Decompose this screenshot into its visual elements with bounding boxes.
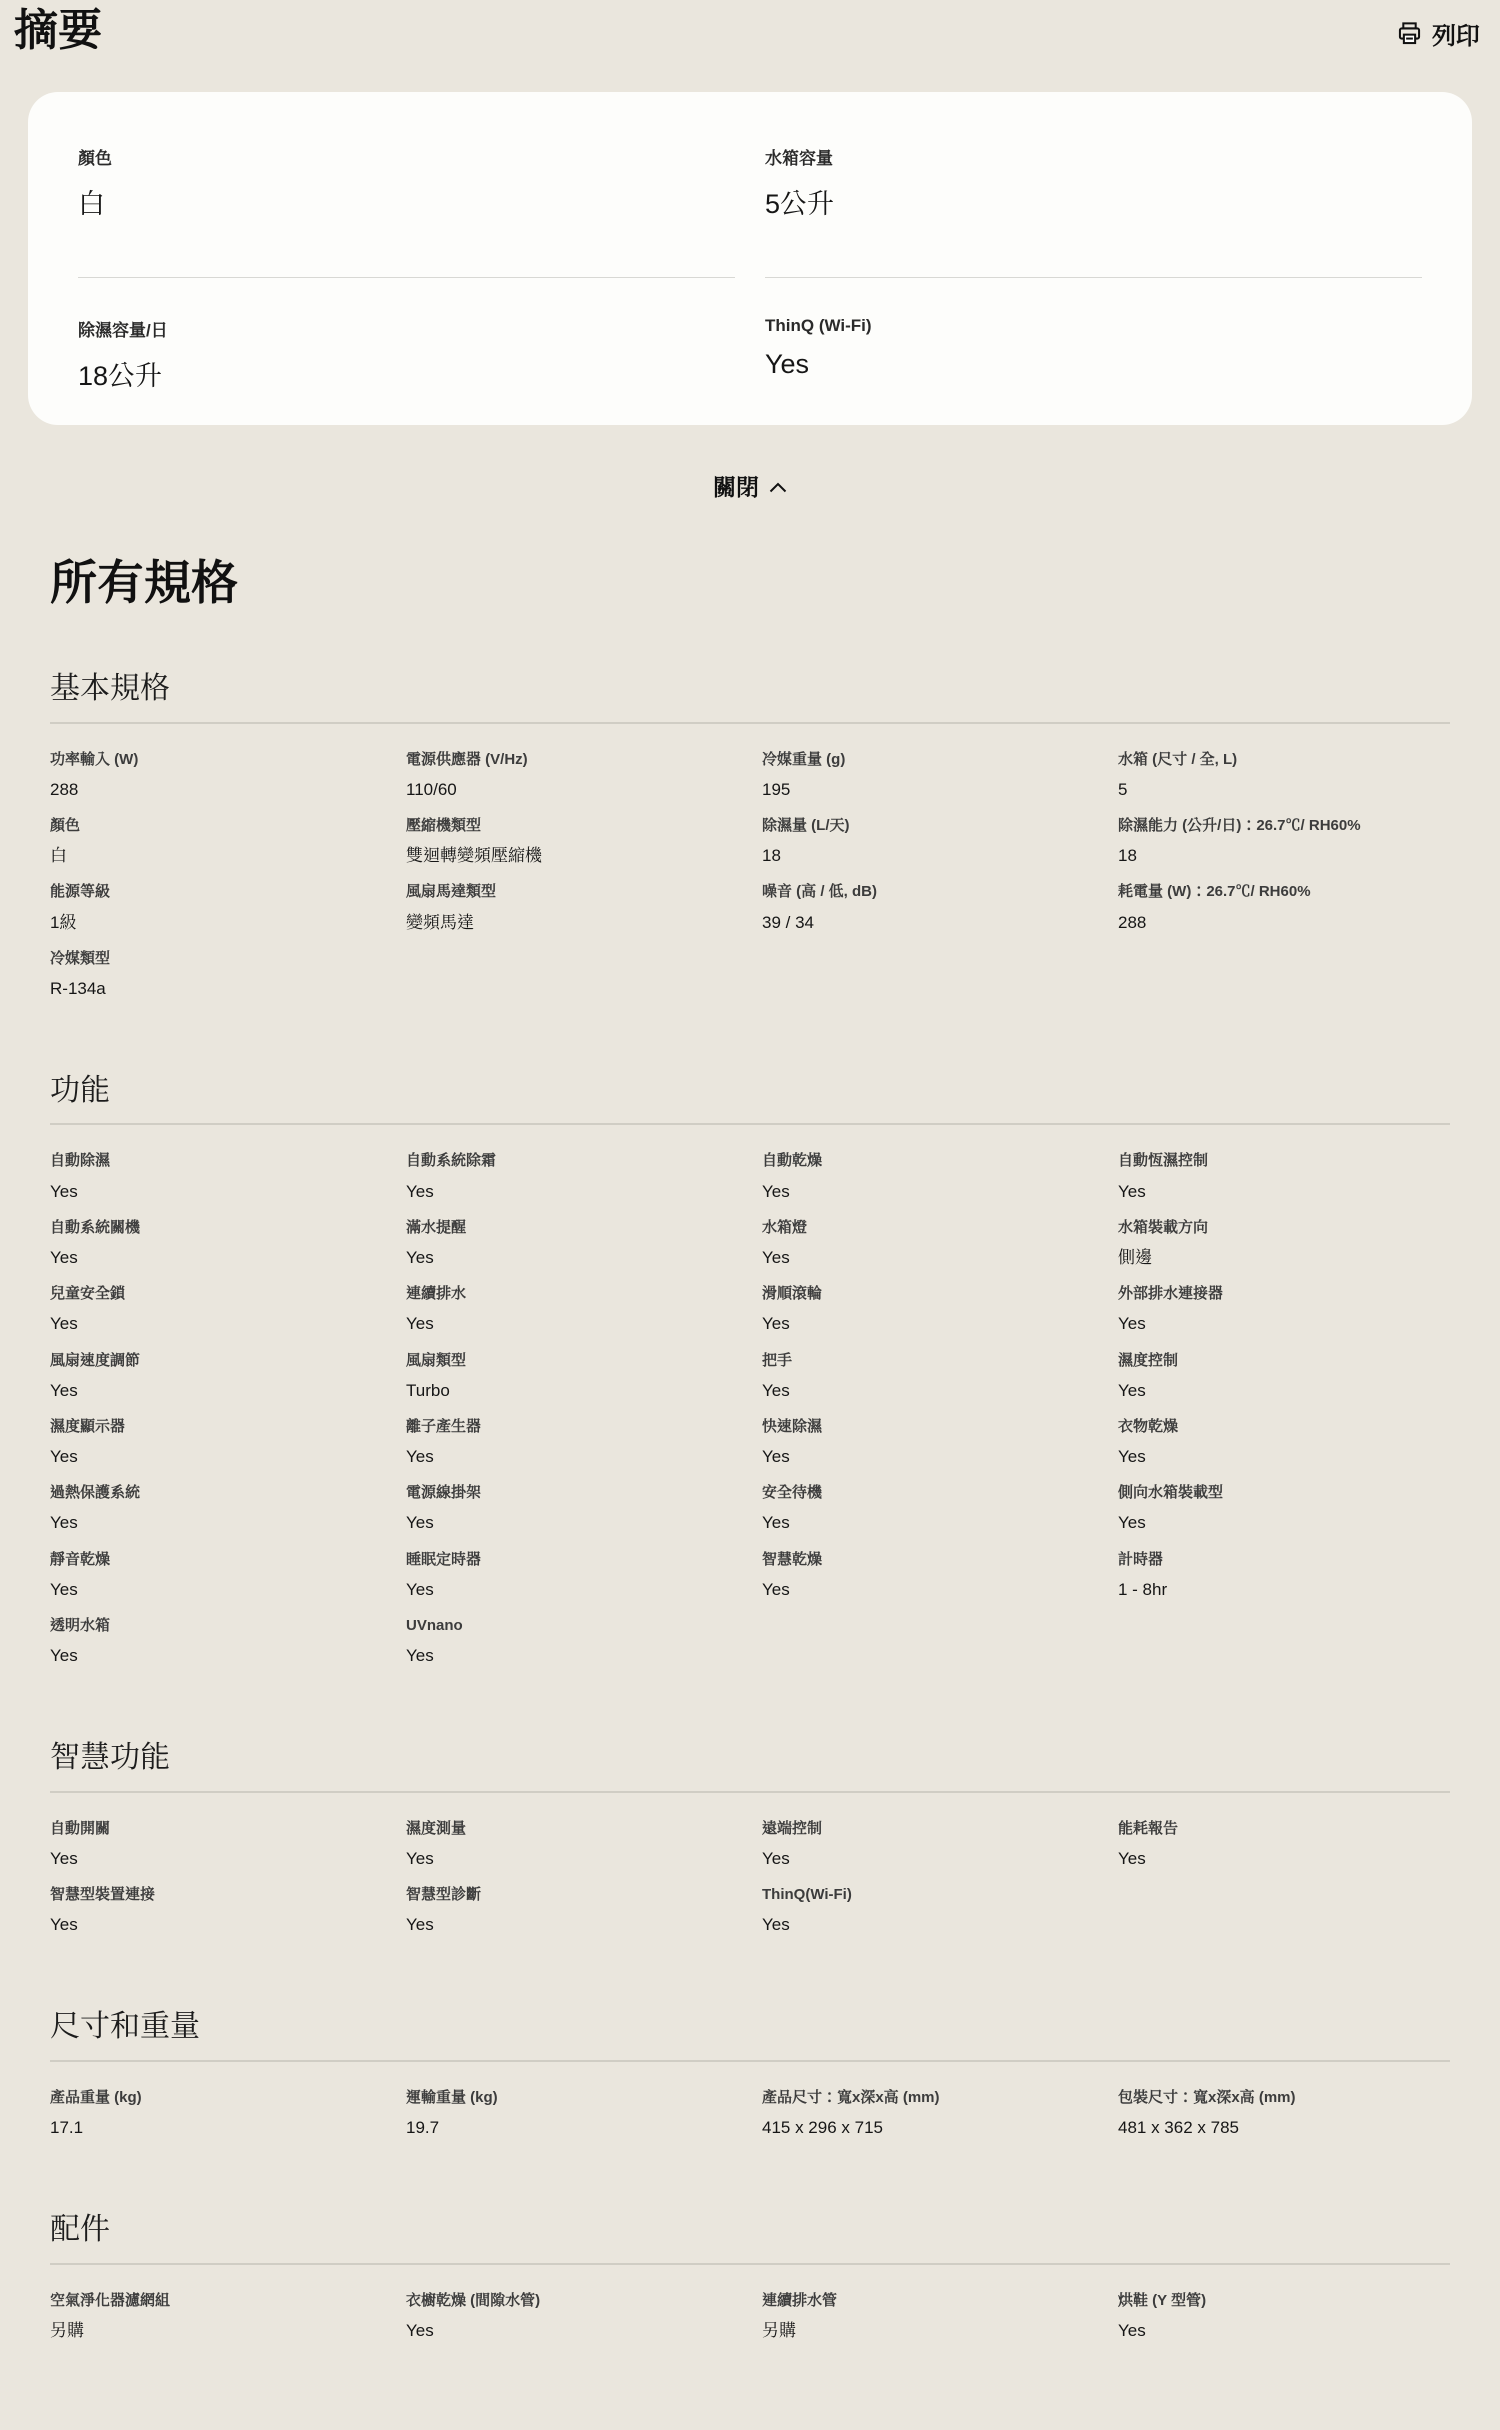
summary-item-value: 白	[78, 182, 735, 221]
spec-item-value: Yes	[406, 1914, 738, 1936]
spec-item-label: 連續排水管	[762, 2291, 1094, 2311]
spec-item: 風扇速度調節Yes	[50, 1351, 382, 1402]
spec-item-label: UVnano	[406, 1616, 738, 1636]
spec-item-value: 雙迴轉變頻壓縮機	[406, 845, 738, 867]
summary-item-value: 18公升	[78, 354, 735, 393]
section-title: 功能	[50, 1071, 1450, 1112]
spec-item: 能源等級1級	[50, 882, 382, 933]
spec-item-label: 濕度測量	[406, 1819, 738, 1839]
section-columns: 產品重量 (kg)17.1運輸重量 (kg)19.7產品尺寸：寬x深x高 (mm…	[50, 2062, 1450, 2154]
spec-item-value: 白	[50, 845, 382, 867]
spec-item: 耗電量 (W)：26.7℃/ RH60%288	[1118, 882, 1450, 933]
summary-card: 顏色白水箱容量5公升除濕容量/日18公升ThinQ (Wi-Fi)Yes	[28, 92, 1472, 425]
spec-item-label: ThinQ(Wi-Fi)	[762, 1885, 1094, 1905]
spec-item-value: 1 - 8hr	[1118, 1579, 1450, 1601]
spec-item-label: 噪音 (高 / 低, dB)	[762, 882, 1094, 902]
spec-item-value: Yes	[762, 1848, 1094, 1870]
spec-item-label: 安全待機	[762, 1483, 1094, 1503]
spec-item-value: Yes	[406, 1645, 738, 1667]
all-specs-panel: 所有規格 基本規格功率輸入 (W)288顏色白能源等級1級冷媒類型R-134a電…	[0, 552, 1500, 2357]
spec-item-label: 電源線掛架	[406, 1483, 738, 1503]
spec-item-value: Yes	[50, 1247, 382, 1269]
spec-column: 自動除濕Yes自動系統關機Yes兒童安全鎖Yes風扇速度調節Yes濕度顯示器Ye…	[50, 1151, 382, 1682]
spec-item-label: 衣物乾燥	[1118, 1417, 1450, 1437]
spec-item-value: 另購	[762, 2320, 1094, 2342]
spec-item-label: 靜音乾燥	[50, 1550, 382, 1570]
spec-item: 遠端控制Yes	[762, 1819, 1094, 1870]
spec-item-value: 195	[762, 779, 1094, 801]
spec-item-value: Turbo	[406, 1380, 738, 1402]
summary-header: 摘要 列印	[0, 0, 1500, 92]
spec-item-value: 側邊	[1118, 1247, 1450, 1269]
spec-column: 產品重量 (kg)17.1	[50, 2088, 382, 2154]
spec-section: 尺寸和重量產品重量 (kg)17.1運輸重量 (kg)19.7產品尺寸：寬x深x…	[50, 2007, 1450, 2154]
spec-item-value: Yes	[406, 1579, 738, 1601]
summary-item: 除濕容量/日18公升	[78, 278, 735, 393]
spec-item-value: 288	[1118, 912, 1450, 934]
spec-section: 基本規格功率輸入 (W)288顏色白能源等級1級冷媒類型R-134a電源供應器 …	[50, 669, 1450, 1015]
spec-item-value: Yes	[762, 1247, 1094, 1269]
spec-column: 包裝尺寸：寬x深x高 (mm)481 x 362 x 785	[1118, 2088, 1450, 2154]
spec-item-label: 水箱 (尺寸 / 全, L)	[1118, 750, 1450, 770]
spec-item: 衣物乾燥Yes	[1118, 1417, 1450, 1468]
spec-item-label: 除濕能力 (公升/日)：26.7℃/ RH60%	[1118, 816, 1450, 836]
section-title: 尺寸和重量	[50, 2007, 1450, 2048]
spec-item-value: 另購	[50, 2320, 382, 2342]
spec-item-value: Yes	[1118, 1313, 1450, 1335]
spec-item: 過熱保護系統Yes	[50, 1483, 382, 1534]
print-button-label: 列印	[1432, 16, 1480, 51]
spec-column: 冷媒重量 (g)195除濕量 (L/天)18噪音 (高 / 低, dB)39 /…	[762, 750, 1094, 1015]
spec-column: 空氣淨化器濾網組另購	[50, 2291, 382, 2357]
spec-column: 功率輸入 (W)288顏色白能源等級1級冷媒類型R-134a	[50, 750, 382, 1015]
spec-column: 能耗報告Yes	[1118, 1819, 1450, 1952]
spec-item-value: Yes	[406, 1848, 738, 1870]
spec-item-value: 1級	[50, 912, 382, 934]
spec-item-value: Yes	[406, 2320, 738, 2342]
summary-item: ThinQ (Wi-Fi)Yes	[765, 278, 1422, 393]
spec-item-label: 能耗報告	[1118, 1819, 1450, 1839]
spec-item-label: 把手	[762, 1351, 1094, 1371]
spec-item-label: 風扇馬達類型	[406, 882, 738, 902]
spec-item-label: 智慧型診斷	[406, 1885, 738, 1905]
spec-item-label: 能源等級	[50, 882, 382, 902]
spec-item-value: Yes	[406, 1313, 738, 1335]
spec-item-label: 電源供應器 (V/Hz)	[406, 750, 738, 770]
spec-item: 功率輸入 (W)288	[50, 750, 382, 801]
spec-item-label: 濕度顯示器	[50, 1417, 382, 1437]
spec-section: 智慧功能自動開關Yes智慧型裝置連接Yes濕度測量Yes智慧型診斷Yes遠端控制…	[50, 1738, 1450, 1951]
summary-grid: 顏色白水箱容量5公升除濕容量/日18公升ThinQ (Wi-Fi)Yes	[78, 144, 1422, 393]
spec-item-label: 包裝尺寸：寬x深x高 (mm)	[1118, 2088, 1450, 2108]
spec-item-label: 冷媒類型	[50, 949, 382, 969]
spec-item-label: 空氣淨化器濾網組	[50, 2291, 382, 2311]
spec-item: 連續排水管另購	[762, 2291, 1094, 2342]
spec-item-label: 兒童安全鎖	[50, 1284, 382, 1304]
spec-item-value: Yes	[762, 1579, 1094, 1601]
spec-column: 濕度測量Yes智慧型診斷Yes	[406, 1819, 738, 1952]
spec-column: 自動開關Yes智慧型裝置連接Yes	[50, 1819, 382, 1952]
spec-item-label: 自動系統關機	[50, 1218, 382, 1238]
spec-item-label: 計時器	[1118, 1550, 1450, 1570]
spec-item: 冷媒類型R-134a	[50, 949, 382, 1000]
spec-item-label: 外部排水連接器	[1118, 1284, 1450, 1304]
section-title: 配件	[50, 2210, 1450, 2251]
spec-item: 自動系統除霜Yes	[406, 1151, 738, 1202]
spec-item-value: Yes	[50, 1446, 382, 1468]
spec-item-label: 冷媒重量 (g)	[762, 750, 1094, 770]
page-title: 摘要	[14, 6, 102, 57]
spec-item-value: Yes	[1118, 2320, 1450, 2342]
spec-item-label: 衣櫥乾燥 (間隙水管)	[406, 2291, 738, 2311]
spec-item-value: R-134a	[50, 978, 382, 1000]
spec-item-label: 睡眠定時器	[406, 1550, 738, 1570]
spec-item-label: 自動除濕	[50, 1151, 382, 1171]
close-button[interactable]: 關閉	[713, 469, 787, 502]
spec-item: 除濕量 (L/天)18	[762, 816, 1094, 867]
spec-item-value: 110/60	[406, 779, 738, 801]
spec-item-label: 耗電量 (W)：26.7℃/ RH60%	[1118, 882, 1450, 902]
spec-item-value: Yes	[50, 1380, 382, 1402]
spec-item: 電源線掛架Yes	[406, 1483, 738, 1534]
spec-sections: 基本規格功率輸入 (W)288顏色白能源等級1級冷媒類型R-134a電源供應器 …	[50, 669, 1450, 2357]
spec-item-value: Yes	[762, 1914, 1094, 1936]
spec-item-label: 自動系統除霜	[406, 1151, 738, 1171]
section-title: 基本規格	[50, 669, 1450, 710]
spec-item: 計時器1 - 8hr	[1118, 1550, 1450, 1601]
spec-item-label: 快速除濕	[762, 1417, 1094, 1437]
spec-item: 顏色白	[50, 816, 382, 867]
spec-item-label: 運輸重量 (kg)	[406, 2088, 738, 2108]
spec-column: 產品尺寸：寬x深x高 (mm)415 x 296 x 715	[762, 2088, 1094, 2154]
spec-section: 配件空氣淨化器濾網組另購衣櫥乾燥 (間隙水管)Yes連續排水管另購烘鞋 (Y 型…	[50, 2210, 1450, 2357]
spec-column: 電源供應器 (V/Hz)110/60壓縮機類型雙迴轉變頻壓縮機風扇馬達類型變頻馬…	[406, 750, 738, 1015]
print-button[interactable]: 列印	[1396, 16, 1480, 51]
spec-column: 運輸重量 (kg)19.7	[406, 2088, 738, 2154]
printer-icon	[1396, 20, 1423, 47]
spec-item: 壓縮機類型雙迴轉變頻壓縮機	[406, 816, 738, 867]
spec-item-label: 自動乾燥	[762, 1151, 1094, 1171]
spec-item: 濕度顯示器Yes	[50, 1417, 382, 1468]
spec-item-value: 18	[1118, 845, 1450, 867]
spec-item-value: 288	[50, 779, 382, 801]
spec-item: 快速除濕Yes	[762, 1417, 1094, 1468]
spec-item-value: Yes	[406, 1446, 738, 1468]
spec-item-value: Yes	[50, 1512, 382, 1534]
spec-item: 智慧型診斷Yes	[406, 1885, 738, 1936]
all-specs-title: 所有規格	[50, 552, 1450, 613]
spec-item: 除濕能力 (公升/日)：26.7℃/ RH60%18	[1118, 816, 1450, 867]
summary-item: 顏色白	[78, 144, 735, 278]
spec-item: 自動系統關機Yes	[50, 1218, 382, 1269]
spec-item-label: 離子產生器	[406, 1417, 738, 1437]
spec-item-label: 連續排水	[406, 1284, 738, 1304]
spec-item-value: Yes	[1118, 1512, 1450, 1534]
spec-item-label: 透明水箱	[50, 1616, 382, 1636]
spec-item-value: 39 / 34	[762, 912, 1094, 934]
spec-item: UVnanoYes	[406, 1616, 738, 1667]
spec-item: 風扇類型Turbo	[406, 1351, 738, 1402]
spec-item: 靜音乾燥Yes	[50, 1550, 382, 1601]
spec-item: 自動恆濕控制Yes	[1118, 1151, 1450, 1202]
spec-item-value: Yes	[762, 1446, 1094, 1468]
spec-column: 自動恆濕控制Yes水箱裝載方向側邊外部排水連接器Yes濕度控制Yes衣物乾燥Ye…	[1118, 1151, 1450, 1682]
spec-item-value: 17.1	[50, 2117, 382, 2139]
spec-item-label: 顏色	[50, 816, 382, 836]
spec-column: 水箱 (尺寸 / 全, L)5除濕能力 (公升/日)：26.7℃/ RH60%1…	[1118, 750, 1450, 1015]
spec-item-value: Yes	[50, 1914, 382, 1936]
summary-item-label: 顏色	[78, 144, 735, 169]
spec-item-value: Yes	[50, 1645, 382, 1667]
spec-item-label: 功率輸入 (W)	[50, 750, 382, 770]
spec-item-value: Yes	[406, 1181, 738, 1203]
close-button-label: 關閉	[713, 469, 759, 502]
spec-item: 水箱燈Yes	[762, 1218, 1094, 1269]
summary-item-value: 5公升	[765, 182, 1422, 221]
spec-item: 兒童安全鎖Yes	[50, 1284, 382, 1335]
summary-item-label: 水箱容量	[765, 144, 1422, 169]
spec-item-value: Yes	[406, 1512, 738, 1534]
spec-item-value: Yes	[50, 1313, 382, 1335]
spec-item: 濕度測量Yes	[406, 1819, 738, 1870]
spec-item-value: Yes	[1118, 1848, 1450, 1870]
spec-item: 自動乾燥Yes	[762, 1151, 1094, 1202]
spec-item-value: 19.7	[406, 2117, 738, 2139]
spec-item: 滿水提醒Yes	[406, 1218, 738, 1269]
spec-item-label: 側向水箱裝載型	[1118, 1483, 1450, 1503]
spec-item: 安全待機Yes	[762, 1483, 1094, 1534]
spec-item-label: 水箱燈	[762, 1218, 1094, 1238]
spec-item: 電源供應器 (V/Hz)110/60	[406, 750, 738, 801]
spec-item: 滑順滾輪Yes	[762, 1284, 1094, 1335]
spec-item-value: Yes	[762, 1380, 1094, 1402]
spec-column: 烘鞋 (Y 型管)Yes	[1118, 2291, 1450, 2357]
spec-item-value: 5	[1118, 779, 1450, 801]
spec-item: 產品重量 (kg)17.1	[50, 2088, 382, 2139]
spec-item-label: 遠端控制	[762, 1819, 1094, 1839]
spec-item-value: Yes	[1118, 1380, 1450, 1402]
spec-column: 遠端控制YesThinQ(Wi-Fi)Yes	[762, 1819, 1094, 1952]
spec-item-label: 風扇速度調節	[50, 1351, 382, 1371]
spec-column: 衣櫥乾燥 (間隙水管)Yes	[406, 2291, 738, 2357]
summary-item-label: ThinQ (Wi-Fi)	[765, 316, 1422, 336]
spec-item: 透明水箱Yes	[50, 1616, 382, 1667]
spec-item: 冷媒重量 (g)195	[762, 750, 1094, 801]
spec-item-label: 滑順滾輪	[762, 1284, 1094, 1304]
spec-item: 產品尺寸：寬x深x高 (mm)415 x 296 x 715	[762, 2088, 1094, 2139]
spec-item: 水箱裝載方向側邊	[1118, 1218, 1450, 1269]
spec-item: 把手Yes	[762, 1351, 1094, 1402]
spec-item-label: 風扇類型	[406, 1351, 738, 1371]
spec-column: 連續排水管另購	[762, 2291, 1094, 2357]
spec-item: 自動除濕Yes	[50, 1151, 382, 1202]
summary-item: 水箱容量5公升	[765, 144, 1422, 278]
spec-item: 空氣淨化器濾網組另購	[50, 2291, 382, 2342]
spec-item-label: 烘鞋 (Y 型管)	[1118, 2291, 1450, 2311]
spec-item: ThinQ(Wi-Fi)Yes	[762, 1885, 1094, 1936]
spec-column: 自動系統除霜Yes滿水提醒Yes連續排水Yes風扇類型Turbo離子產生器Yes…	[406, 1151, 738, 1682]
spec-item-value: Yes	[50, 1579, 382, 1601]
spec-item: 衣櫥乾燥 (間隙水管)Yes	[406, 2291, 738, 2342]
spec-item-label: 產品重量 (kg)	[50, 2088, 382, 2108]
spec-item-value: Yes	[762, 1512, 1094, 1534]
summary-item-label: 除濕容量/日	[78, 316, 735, 341]
spec-item-label: 產品尺寸：寬x深x高 (mm)	[762, 2088, 1094, 2108]
spec-item-label: 壓縮機類型	[406, 816, 738, 836]
spec-column: 自動乾燥Yes水箱燈Yes滑順滾輪Yes把手Yes快速除濕Yes安全待機Yes智…	[762, 1151, 1094, 1682]
spec-item-value: Yes	[50, 1181, 382, 1203]
spec-item-label: 自動恆濕控制	[1118, 1151, 1450, 1171]
section-columns: 功率輸入 (W)288顏色白能源等級1級冷媒類型R-134a電源供應器 (V/H…	[50, 724, 1450, 1015]
section-title: 智慧功能	[50, 1738, 1450, 1779]
spec-item-value: 變頻馬達	[406, 912, 738, 934]
spec-item: 睡眠定時器Yes	[406, 1550, 738, 1601]
spec-item: 智慧乾燥Yes	[762, 1550, 1094, 1601]
spec-section: 功能自動除濕Yes自動系統關機Yes兒童安全鎖Yes風扇速度調節Yes濕度顯示器…	[50, 1071, 1450, 1682]
spec-item: 風扇馬達類型變頻馬達	[406, 882, 738, 933]
spec-item-value: 415 x 296 x 715	[762, 2117, 1094, 2139]
spec-item-label: 除濕量 (L/天)	[762, 816, 1094, 836]
chevron-up-icon	[769, 472, 787, 499]
spec-item-label: 水箱裝載方向	[1118, 1218, 1450, 1238]
spec-item-value: Yes	[50, 1848, 382, 1870]
spec-item: 側向水箱裝載型Yes	[1118, 1483, 1450, 1534]
spec-item: 噪音 (高 / 低, dB)39 / 34	[762, 882, 1094, 933]
spec-item: 能耗報告Yes	[1118, 1819, 1450, 1870]
spec-item-value: 481 x 362 x 785	[1118, 2117, 1450, 2139]
section-columns: 空氣淨化器濾網組另購衣櫥乾燥 (間隙水管)Yes連續排水管另購烘鞋 (Y 型管)…	[50, 2265, 1450, 2357]
spec-item-label: 自動開關	[50, 1819, 382, 1839]
summary-item-value: Yes	[765, 349, 1422, 380]
spec-item-label: 滿水提醒	[406, 1218, 738, 1238]
spec-item: 外部排水連接器Yes	[1118, 1284, 1450, 1335]
spec-item: 離子產生器Yes	[406, 1417, 738, 1468]
spec-item: 運輸重量 (kg)19.7	[406, 2088, 738, 2139]
spec-item: 自動開關Yes	[50, 1819, 382, 1870]
spec-item: 烘鞋 (Y 型管)Yes	[1118, 2291, 1450, 2342]
spec-item-label: 智慧型裝置連接	[50, 1885, 382, 1905]
section-columns: 自動除濕Yes自動系統關機Yes兒童安全鎖Yes風扇速度調節Yes濕度顯示器Ye…	[50, 1125, 1450, 1682]
spec-item: 包裝尺寸：寬x深x高 (mm)481 x 362 x 785	[1118, 2088, 1450, 2139]
spec-item: 連續排水Yes	[406, 1284, 738, 1335]
spec-item-label: 濕度控制	[1118, 1351, 1450, 1371]
spec-item-value: 18	[762, 845, 1094, 867]
spec-item-label: 過熱保護系統	[50, 1483, 382, 1503]
spec-item: 水箱 (尺寸 / 全, L)5	[1118, 750, 1450, 801]
spec-item: 濕度控制Yes	[1118, 1351, 1450, 1402]
spec-item-value: Yes	[1118, 1446, 1450, 1468]
spec-item-label: 智慧乾燥	[762, 1550, 1094, 1570]
section-columns: 自動開關Yes智慧型裝置連接Yes濕度測量Yes智慧型診斷Yes遠端控制YesT…	[50, 1793, 1450, 1952]
spec-item-value: Yes	[406, 1247, 738, 1269]
spec-item-value: Yes	[762, 1313, 1094, 1335]
spec-item: 智慧型裝置連接Yes	[50, 1885, 382, 1936]
spec-item-value: Yes	[762, 1181, 1094, 1203]
spec-item-value: Yes	[1118, 1181, 1450, 1203]
